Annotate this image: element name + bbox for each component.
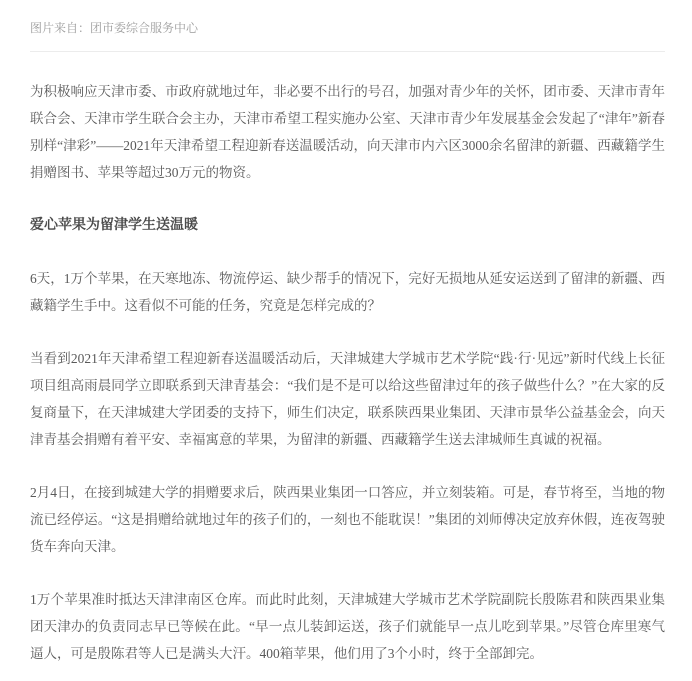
article-paragraph: 6天，1万个苹果，在天寒地冻、物流停运、缺少帮手的情况下，完好无损地从延安运送到… [30,265,665,319]
article-paragraph: 1万个苹果准时抵达天津津南区仓库。而此时此刻，天津城建大学城市艺术学院副院长殷陈… [30,586,665,667]
section-divider [30,51,665,52]
image-caption: 图片来自：团市委综合服务中心 [30,20,665,37]
article-paragraph: 当看到2021年天津希望工程迎新春送温暖活动后，天津城建大学城市艺术学院“践·行… [30,345,665,453]
section-heading: 爱心苹果为留津学生送温暖 [30,212,665,239]
article-paragraph: 2月4日，在接到城建大学的捐赠要求后，陕西果业集团一口答应，并立刻装箱。可是，春… [30,479,665,560]
article-paragraph: 为积极响应天津市委、市政府就地过年，非必要不出行的号召，加强对青少年的关怀，团市… [30,78,665,186]
article-body: 为积极响应天津市委、市政府就地过年，非必要不出行的号召，加强对青少年的关怀，团市… [30,78,665,667]
article-page: 图片来自：团市委综合服务中心 为积极响应天津市委、市政府就地过年，非必要不出行的… [0,0,692,681]
